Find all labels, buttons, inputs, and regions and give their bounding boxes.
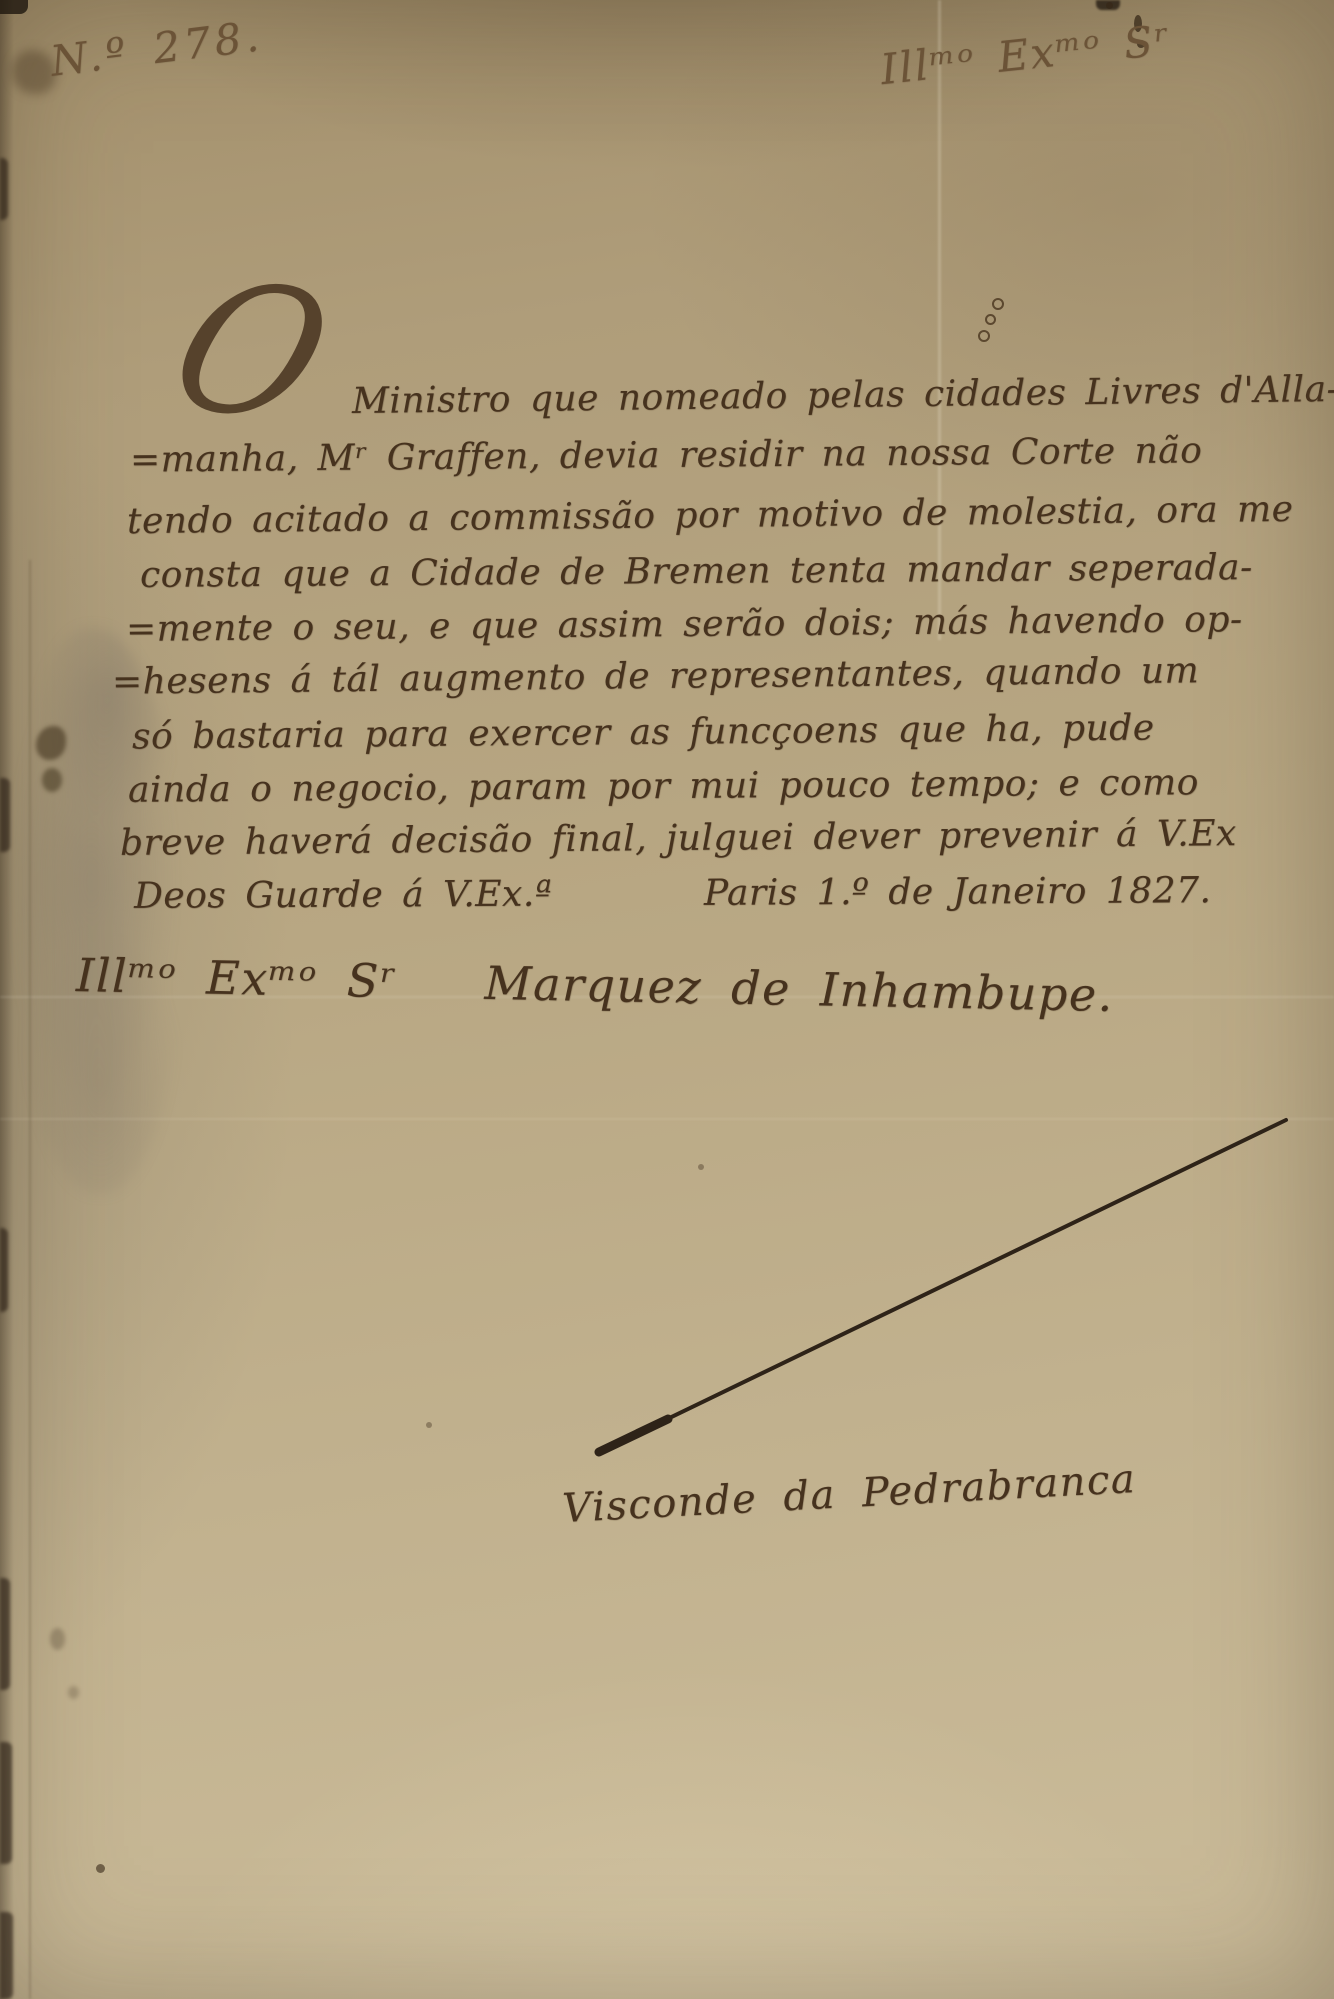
manuscript-page: N.º 278. Illᵐᵒ Exᵐᵒ Sʳ O Ministro que no… (0, 0, 1334, 1999)
cancellation-stroke (0, 0, 1334, 1999)
